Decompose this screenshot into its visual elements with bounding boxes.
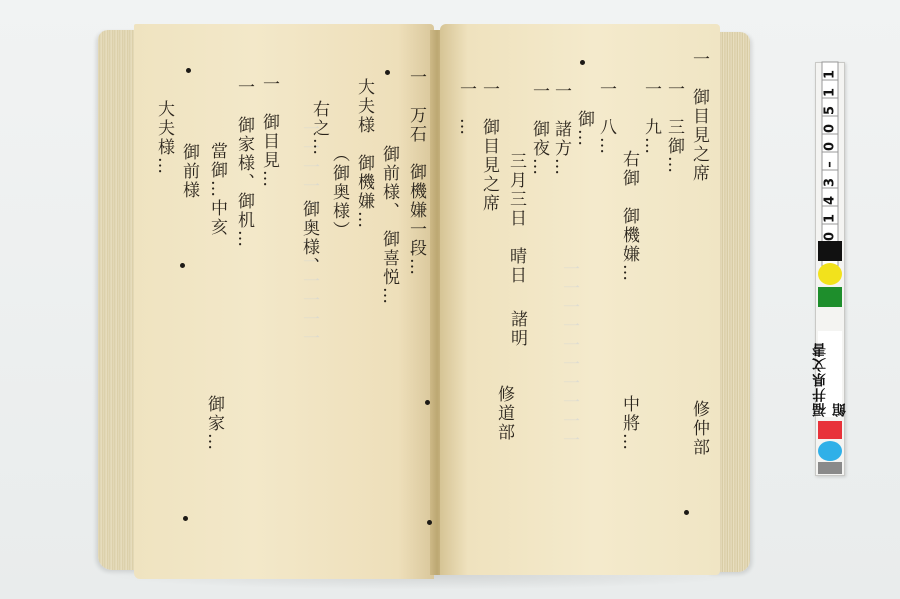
binding-hole [180,263,185,268]
color-patch-gray [818,462,842,474]
binding-hole [580,60,585,65]
handwritten-column: 御奥様、 [300,200,317,276]
color-patch-black [818,241,842,261]
archive-label: 11500–3410A 福井県文書館 [815,62,845,476]
color-patch-green [818,287,842,307]
handwritten-column: 當御…中亥 [208,142,225,237]
handwritten-column: 一 九… [642,80,659,156]
handwritten-column: 一 諸方… [552,82,569,177]
handwritten-column: 修道部 [495,385,512,442]
handwritten-column: 一 三御… [665,80,682,175]
binding-hole [186,68,191,73]
handwritten-column: 一 御目見… [260,75,277,189]
handwritten-column: 一 御目見之席 [480,80,497,213]
handwritten-column: 御… [575,110,592,148]
handwritten-column: 一 八… [597,80,614,156]
handwritten-column: 右御 御機嫌… [620,150,637,283]
handwritten-column: 一 … [457,80,474,137]
handwritten-column: 右之… [310,100,327,157]
binding-hole [425,400,430,405]
handwritten-column: 一 御目見之席 [690,50,707,183]
handwritten-column: 大夫様 御機嫌… [355,78,372,230]
archive-id-code: 11500–3410A [816,65,844,215]
handwritten-column: 一 御家様、御机… [235,78,252,249]
handwritten-column: 一 御夜… [530,82,547,177]
handwritten-column: 一 万石 御機嫌一段… [407,68,424,277]
binding-hole [183,516,188,521]
handwritten-column: 大夫様… [155,100,172,176]
color-patch-red [818,421,842,439]
show-through-text: 一一一一一一一一一一 [560,260,577,450]
handwritten-column: 諸明 [508,310,525,348]
handwritten-column: 三月三日 晴日 [507,152,524,285]
handwritten-column: 御家… [205,395,222,452]
color-patch-yellow [818,263,842,285]
handwritten-column: 中將… [620,395,637,452]
archive-institution-name: 福井県文書館 [818,331,842,417]
handwritten-column: 御前様、 [380,145,397,221]
binding-hole [684,510,689,515]
handwritten-column: 御前様 [180,143,197,200]
handwritten-column: （御奥様） [330,145,347,240]
color-patch-cyan [818,441,842,461]
handwritten-column: 修仲部 [690,400,707,457]
handwritten-column: 御喜悦… [380,230,397,306]
binding-hole [385,70,390,75]
binding-hole [427,520,432,525]
